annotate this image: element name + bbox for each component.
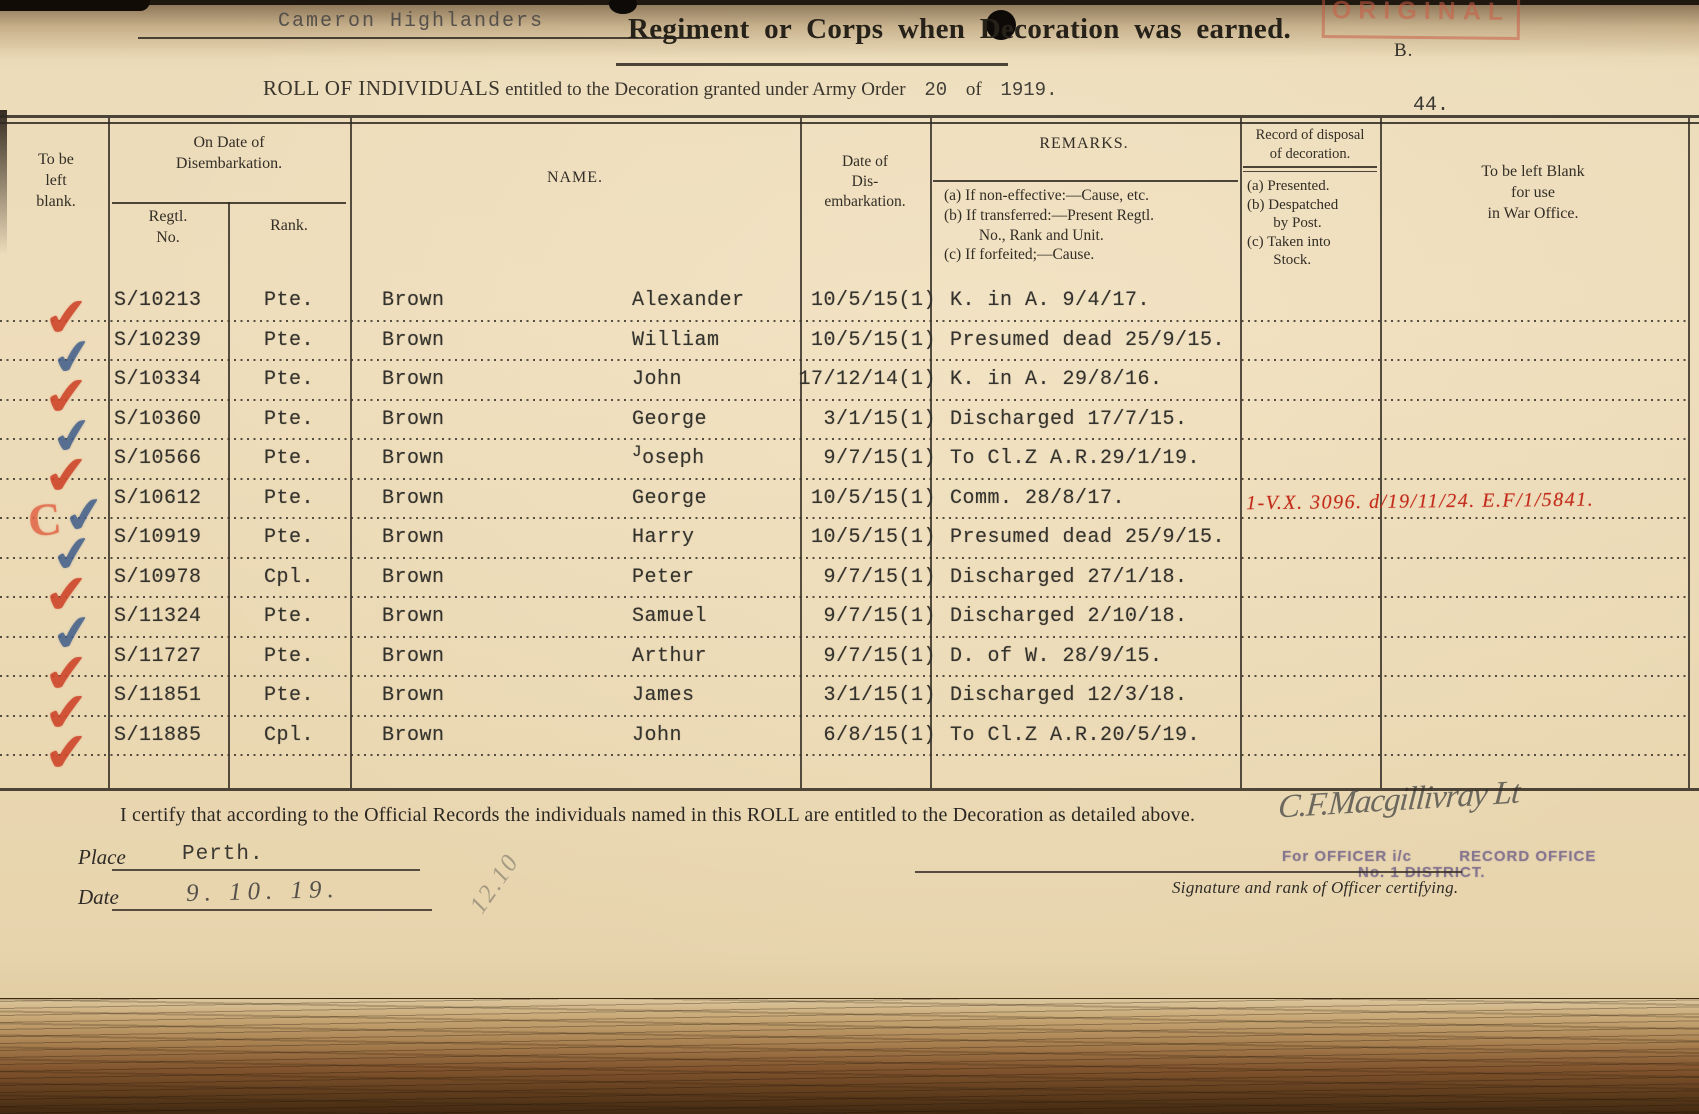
cell-date-of-disembarkation: 9/7/15(1) [796,597,936,637]
cell-rank: Pte. [228,479,350,519]
record-office-stamp-line1: For OFFICER i/c RECORD OFFICE [1282,848,1596,865]
table-row: S/10213 Pte. Brown Alexander 10/5/15(1) … [0,281,1688,321]
table-row: S/10612 Pte. Brown George 10/5/15(1) Com… [0,479,1688,519]
cell-remark: To Cl.Z A.R.20/5/19. [950,716,1690,756]
cell-forename: William [632,321,720,361]
table-row: S/10919 Pte. Brown Harry 10/5/15(1) Pres… [0,518,1688,558]
cell-surname: Brown [382,479,445,519]
cell-regtl-no: S/10360 [114,400,202,440]
table-row: S/11851 Pte. Brown James 3/1/15(1) Disch… [0,676,1688,716]
table-row: S/11885 Cpl. Brown John 6/8/15(1) To Cl.… [0,716,1688,756]
cell-rank: Pte. [228,676,350,716]
cell-surname: Brown [382,597,445,637]
table-row: S/10360 Pte. Brown George 3/1/15(1) Disc… [0,400,1688,440]
cell-surname: Brown [382,400,445,440]
cell-surname: Brown [382,518,445,558]
cell-regtl-no: S/10213 [114,281,202,321]
cell-surname: Brown [382,676,445,716]
cell-regtl-no: S/10334 [114,360,202,400]
cell-regtl-no: S/11885 [114,716,202,756]
cell-rank: Pte. [228,400,350,440]
cell-rank: Pte. [228,321,350,361]
cell-forename: Samuel [632,597,707,637]
table-rows: S/10213 Pte. Brown Alexander 10/5/15(1) … [0,0,1699,1114]
cell-date-of-disembarkation: 3/1/15(1) [796,400,936,440]
signature-line [915,871,1462,873]
cell-remark: To Cl.Z A.R.29/1/19. [950,439,1690,479]
table-row: S/10566 Pte. Brown Joseph 9/7/15(1) To C… [0,439,1688,479]
cell-regtl-no: S/10566 [114,439,202,479]
cell-date-of-disembarkation: 9/7/15(1) [796,637,936,677]
cell-forename: Alexander [632,281,745,321]
cell-forename: Harry [632,518,695,558]
table-row: S/10334 Pte. Brown John 17/12/14(1) K. i… [0,360,1688,400]
disposal-annotation: 1-V.X. 3096. d/19/11/24. E.F/1/5841. [1246,487,1676,515]
cell-remark: Discharged 17/7/15. [950,400,1690,440]
cell-remark: Discharged 2/10/18. [950,597,1690,637]
cell-rank: Cpl. [228,716,350,756]
cell-date-of-disembarkation: 17/12/14(1) [796,360,936,400]
cell-surname: Brown [382,716,445,756]
cell-forename: George [632,400,707,440]
cell-remark: K. in A. 9/4/17. [950,281,1690,321]
cell-date-of-disembarkation: 10/5/15(1) [796,518,936,558]
cell-date-of-disembarkation: 9/7/15(1) [796,439,936,479]
cell-rank: Pte. [228,518,350,558]
cell-regtl-no: S/11851 [114,676,202,716]
cell-remark: Presumed dead 25/9/15. [950,321,1690,361]
cell-rank: Pte. [228,597,350,637]
cell-date-of-disembarkation: 10/5/15(1) [796,281,936,321]
cell-forename: Arthur [632,637,707,677]
cell-regtl-no: S/10612 [114,479,202,519]
cell-remark: Presumed dead 25/9/15. [950,518,1690,558]
cell-forename: John [632,716,682,756]
stamp-for-officer: For OFFICER i/c [1282,848,1412,865]
cell-regtl-no: S/11727 [114,637,202,677]
cell-regtl-no: S/11324 [114,597,202,637]
cell-remark: K. in A. 29/8/16. [950,360,1690,400]
cell-rank: Cpl. [228,558,350,598]
cell-remark: D. of W. 28/9/15. [950,637,1690,677]
cell-forename: John [632,360,682,400]
cell-forename: James [632,676,695,716]
cell-surname: Brown [382,637,445,677]
cell-rank: Pte. [228,637,350,677]
table-row: S/11727 Pte. Brown Arthur 9/7/15(1) D. o… [0,637,1688,677]
raised-initial: J [632,443,642,461]
cell-date-of-disembarkation: 9/7/15(1) [796,558,936,598]
cell-date-of-disembarkation: 10/5/15(1) [796,479,936,519]
cell-rank: Pte. [228,360,350,400]
cell-rank: Pte. [228,281,350,321]
stamp-record-office: RECORD OFFICE [1459,848,1596,865]
scanned-decoration-roll-page: { "header": { "regiment_typed": "Cameron… [0,0,1699,1114]
table-row: S/10978 Cpl. Brown Peter 9/7/15(1) Disch… [0,558,1688,598]
cell-surname: Brown [382,360,445,400]
cell-remark: Discharged 27/1/18. [950,558,1690,598]
checkmark-red: ✔ [42,724,91,781]
cell-remark: Discharged 12/3/18. [950,676,1690,716]
cell-forename: Peter [632,558,695,598]
table-row: S/10239 Pte. Brown William 10/5/15(1) Pr… [0,321,1688,361]
cell-surname: Brown [382,558,445,598]
cell-forename: Joseph [632,439,705,480]
table-row: S/11324 Pte. Brown Samuel 9/7/15(1) Disc… [0,597,1688,637]
cell-surname: Brown [382,439,445,479]
cell-date-of-disembarkation: 10/5/15(1) [796,321,936,361]
cell-regtl-no: S/10919 [114,518,202,558]
cell-forename: George [632,479,707,519]
cell-date-of-disembarkation: 3/1/15(1) [796,676,936,716]
cell-surname: Brown [382,281,445,321]
cell-regtl-no: S/10978 [114,558,202,598]
cell-regtl-no: S/10239 [114,321,202,361]
cell-date-of-disembarkation: 6/8/15(1) [796,716,936,756]
cell-rank: Pte. [228,439,350,479]
cell-surname: Brown [382,321,445,361]
